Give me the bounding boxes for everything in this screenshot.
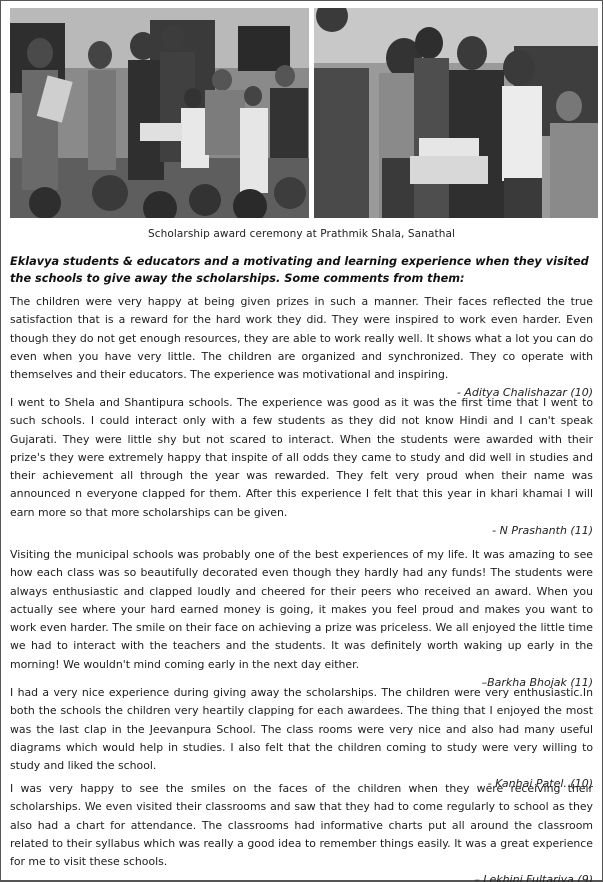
photo-strip — [10, 8, 598, 218]
comment-block: Visiting the municipal schools was proba… — [10, 546, 593, 692]
photo-image-icon — [10, 8, 309, 218]
ceremony-photo-left — [10, 8, 309, 218]
comment-block: I went to Shela and Shantipura schools. … — [10, 394, 593, 540]
comment-block: I had a very nice experience during givi… — [10, 684, 593, 793]
photo-caption: Scholarship award ceremony at Prathmik S… — [1, 228, 602, 240]
ceremony-photo-right — [314, 8, 598, 218]
comment-block: I was very happy to see the smiles on th… — [10, 780, 593, 882]
comment-author: – Lekhini Fultariya (9) — [10, 871, 593, 882]
intro-heading: Eklavya students & educators and a motiv… — [10, 253, 593, 287]
comment-text: I went to Shela and Shantipura schools. … — [10, 394, 593, 522]
photo-image-icon — [314, 8, 598, 218]
comment-author: - N Prashanth (11) — [10, 522, 593, 540]
document-page: Scholarship award ceremony at Prathmik S… — [0, 0, 603, 882]
comment-block: The children were very happy at being gi… — [10, 293, 593, 402]
comment-text: I had a very nice experience during givi… — [10, 684, 593, 775]
comment-text: I was very happy to see the smiles on th… — [10, 780, 593, 871]
comment-text: Visiting the municipal schools was proba… — [10, 546, 593, 674]
comment-text: The children were very happy at being gi… — [10, 293, 593, 384]
